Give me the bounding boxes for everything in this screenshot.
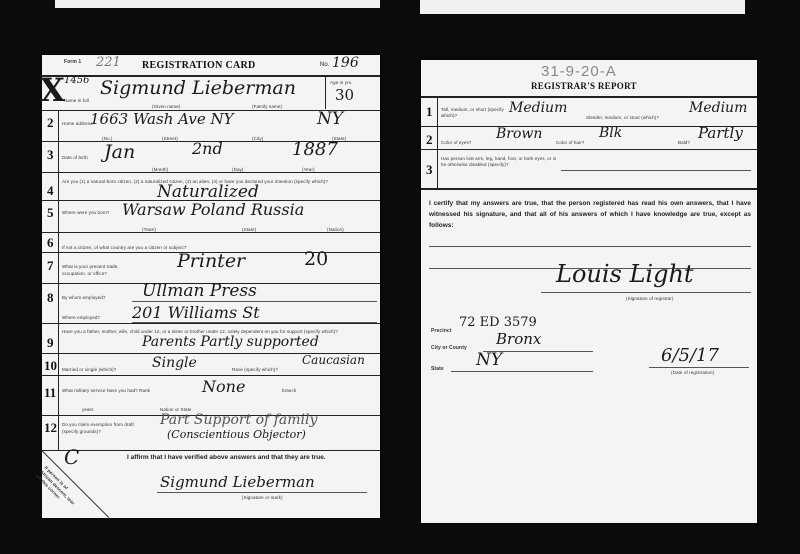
field-3-month: Jan xyxy=(104,141,135,163)
previous-card-strip-left xyxy=(55,0,380,8)
field-1-name: Sigmund Lieberman xyxy=(100,77,296,99)
report-build: Medium xyxy=(689,100,747,116)
corner-note: If person is of African descent, tear of… xyxy=(34,465,81,512)
card-title: REGISTRATION CARD xyxy=(142,60,256,71)
field-2-number: 2 xyxy=(47,115,54,131)
field-8-employer: Ullman Press xyxy=(142,281,257,301)
field-9-dependents: Parents Partly supported xyxy=(142,334,319,350)
affirmation: I affirm that I have verified above answ… xyxy=(127,454,326,461)
registrar-signature: Louis Light xyxy=(556,260,694,288)
city-label: City or County xyxy=(431,345,467,351)
precinct-label: Precinct xyxy=(431,328,452,334)
registration-card: Form 1 221 REGISTRATION CARD No. 196 X 1… xyxy=(42,55,380,518)
field-1-age: 30 xyxy=(335,86,354,104)
precinct-value: 72 ED 3579 xyxy=(459,315,537,330)
field-11-military: None xyxy=(202,377,245,396)
field-1-label: Name in full xyxy=(64,98,89,103)
registration-date: 6/5/17 xyxy=(661,345,719,366)
age-label: Age in yrs. xyxy=(330,80,352,85)
field-10-marital: Single xyxy=(152,355,197,371)
field-10-race: Caucasian xyxy=(302,353,365,367)
city-value: Bronx xyxy=(496,330,541,348)
previous-card-strip-right xyxy=(420,0,745,14)
field-12-exemption-note: (Conscientious Objector) xyxy=(167,428,306,441)
registrars-report-card: 31-9-20-A REGISTRAR'S REPORT 1 Tall, med… xyxy=(421,60,757,523)
report-title: REGISTRAR'S REPORT xyxy=(531,81,637,91)
field-5-birthplace: Warsaw Poland Russia xyxy=(122,200,304,219)
serial-pencil: 221 xyxy=(96,55,121,70)
field-2-state: NY xyxy=(317,109,343,129)
field-2-address: 1663 Wash Ave NY xyxy=(90,110,234,128)
state-label: State xyxy=(431,366,444,372)
report-bald: Partly xyxy=(698,124,743,142)
field-7-extra: 20 xyxy=(304,248,328,270)
field-7-occupation: Printer xyxy=(177,250,245,272)
registrant-signature: Sigmund Lieberman xyxy=(160,473,315,491)
state-value: NY xyxy=(476,350,502,370)
field-8-work-address: 201 Williams St xyxy=(132,303,260,322)
x-mark: X xyxy=(40,71,65,109)
certification-text: I certify that my answers are true, that… xyxy=(429,198,751,231)
report-eye-color: Brown xyxy=(496,126,542,142)
field-4-citizenship: Naturalized xyxy=(157,182,259,202)
field-12-exemption: Part Support of family xyxy=(160,412,317,428)
form-label: Form 1 xyxy=(64,59,81,65)
field-3-day: 2nd xyxy=(192,139,223,158)
report-height: Medium xyxy=(509,100,567,116)
corner-mark: C xyxy=(64,445,79,469)
stamp-number: 31-9-20-A xyxy=(541,63,617,80)
report-hair-color: Blk xyxy=(599,125,622,141)
no-label: No. xyxy=(320,62,329,68)
field-3-year: 1887 xyxy=(292,139,338,160)
registration-no: 196 xyxy=(332,55,359,71)
card-number: 1456 xyxy=(64,75,89,86)
